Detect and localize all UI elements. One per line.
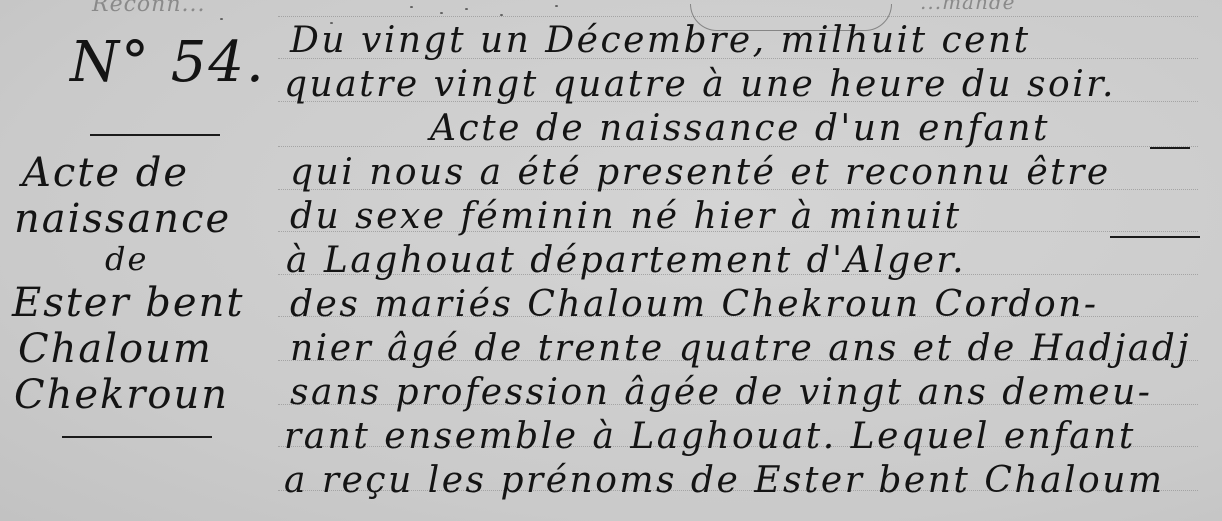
ink-speck: [410, 6, 413, 8]
line-fill-dash: [1150, 147, 1190, 149]
body-line-6: à Laghouat département d'Alger.: [286, 240, 966, 281]
body-line-2: quatre vingt quatre à une heure du soir.: [284, 64, 1116, 105]
body-line-4: qui nous a été presenté et reconnu être: [290, 152, 1111, 193]
body-line-3: Acte de naissance d'un enfant: [430, 108, 1050, 149]
ink-speck: [465, 8, 468, 10]
ink-speck: [220, 18, 223, 20]
margin-rule-bottom: [62, 436, 212, 438]
body-line-1: Du vingt un Décembre, milhuit cent: [290, 20, 1031, 61]
register-page: Reconn... ...mande N° 54. Acte de naissa…: [0, 0, 1222, 521]
record-number: N° 54.: [70, 30, 266, 95]
body-line-7: des mariés Chaloum Chekroun Cordon-: [290, 284, 1099, 325]
ink-speck: [500, 14, 503, 16]
ink-speck: [555, 5, 558, 7]
margin-heading-line-6: Chekroun: [14, 372, 229, 418]
body-line-10: rant ensemble à Laghouat. Lequel enfant: [284, 416, 1136, 457]
body-line-11: a reçu les prénoms de Ester bent Chaloum: [284, 460, 1165, 501]
previous-entry-residual: Reconn...: [92, 0, 205, 17]
body-line-8: nier âgé de trente quatre ans et de Hadj…: [290, 328, 1191, 369]
ink-speck: [440, 12, 443, 14]
previous-entry-residual-right: ...mande: [920, 0, 1015, 14]
margin-heading-line-2: naissance: [14, 196, 231, 242]
margin-rule: [90, 134, 220, 136]
margin-heading-line-3: de: [105, 240, 148, 278]
margin-heading-line-5: Chaloum: [18, 326, 213, 372]
body-line-9: sans profession âgée de vingt ans demeu-: [290, 372, 1152, 413]
margin-heading-line-1: Acte de: [22, 150, 189, 196]
body-line-5: du sexe féminin né hier à minuit: [290, 196, 962, 237]
margin-heading-line-4: Ester bent: [12, 280, 244, 326]
line-fill-dash: [1110, 236, 1200, 238]
